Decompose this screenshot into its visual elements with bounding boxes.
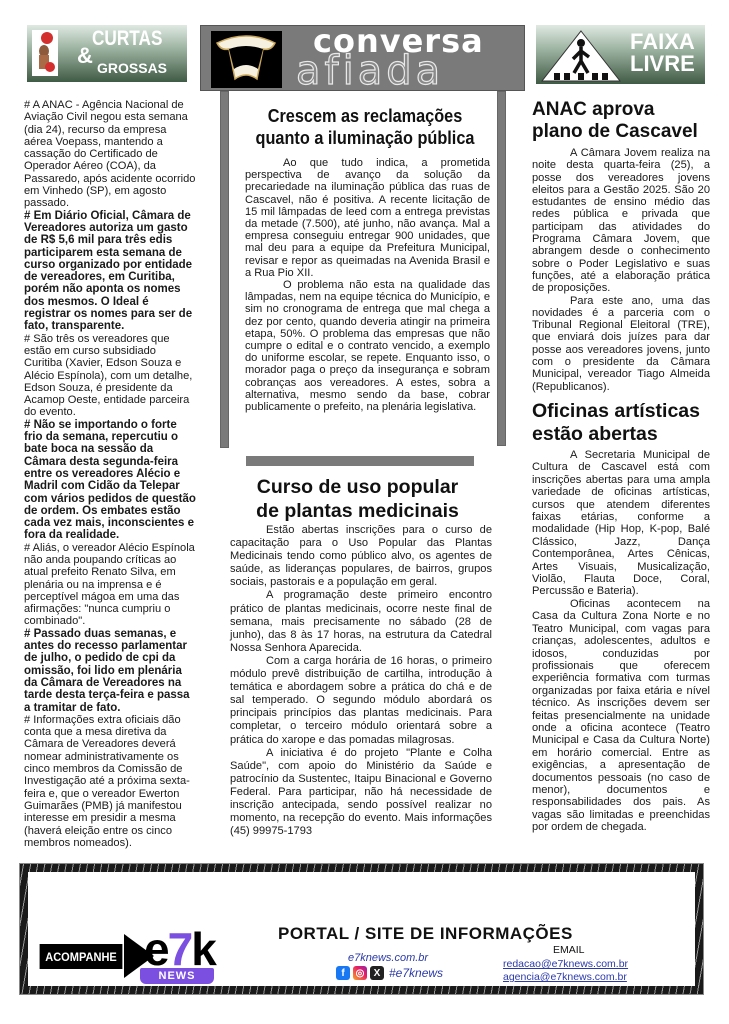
article-paragraph: A programação deste primeiro encontro pr…: [230, 589, 492, 654]
article-paragraph: A iniciativa é do projeto "Plante e Colh…: [230, 747, 492, 839]
article-paragraph: Oficinas acontecem na Casa da Cultura Zo…: [532, 598, 710, 834]
snake-fangs-icon: [211, 31, 282, 88]
logo-news-ribbon: NEWS: [140, 968, 214, 984]
ad-title: PORTAL / SITE DE INFORMAÇÕES: [278, 924, 573, 944]
article-headline-plantas: Curso de uso popular de plantas medicina…: [225, 475, 490, 523]
headline-line: plano de Cascavel: [532, 121, 717, 143]
banner-title: CURTAS: [92, 27, 162, 51]
note-item: # A ANAC - Agência Nacional de Aviação C…: [24, 99, 196, 210]
banner-subtitle: GROSSAS: [97, 60, 167, 76]
faixa-line2: LIVRE: [630, 53, 695, 75]
e7k-logo: e7k NEWS: [138, 932, 228, 990]
article-headline-iluminacao: Crescem as reclamações quanto a iluminaç…: [255, 105, 475, 149]
site-link[interactable]: e7knews.com.br: [348, 952, 428, 964]
conversa-afiada-sign: conversa afiada: [200, 25, 525, 91]
note-item: # Informações extra oficiais dão conta q…: [24, 714, 196, 849]
note-item: # Aliás, o vereador Alécio Espínola não …: [24, 542, 196, 628]
email-label: EMAIL: [553, 944, 585, 956]
social-links: f ◎ X #e7knews: [336, 966, 443, 980]
headline-line: Oficinas artísticas: [532, 400, 717, 423]
note-item: # Não se importando o forte frio da sema…: [24, 419, 196, 542]
article-headline-anac: ANAC aprova plano de Cascavel: [532, 99, 717, 143]
banner-ampersand: &: [77, 43, 93, 69]
headline-line: Curso de uso popular: [225, 475, 490, 499]
headline-line: estão abertas: [532, 423, 717, 446]
pedestrian-crossing-icon: [540, 29, 620, 81]
email-link-agencia[interactable]: agencia@e7knews.com.br: [503, 971, 627, 983]
faixa-line1: FAIXA: [630, 31, 695, 53]
article-paragraph: Com a carga horária de 16 horas, o prime…: [230, 655, 492, 747]
article-paragraph: A Câmara Jovem realiza na noite desta qu…: [532, 147, 710, 295]
social-hashtag: #e7knews: [389, 966, 443, 980]
note-item: # Passado duas semanas, e antes do reces…: [24, 628, 196, 714]
headline-line: ANAC aprova: [532, 99, 717, 121]
note-item: # São três os vereadores que estão em cu…: [24, 333, 196, 419]
headline-line: quanto a iluminação pública: [255, 127, 475, 149]
headline-line: Crescem as reclamações: [255, 105, 475, 127]
article-headline-oficinas: Oficinas artísticas estão abertas: [532, 400, 717, 446]
sign-word-afiada: afiada: [296, 48, 444, 94]
arrow-label: ACOMPANHE: [40, 944, 123, 969]
facebook-icon[interactable]: f: [336, 966, 350, 980]
article-body-oficinas: A Secretaria Municipal de Cultura de Cas…: [532, 449, 710, 834]
email-link-redacao[interactable]: redacao@e7knews.com.br: [503, 958, 628, 970]
article-body-iluminacao: Ao que tudo indica, a prometida perspect…: [245, 157, 490, 413]
article-paragraph: Estão abertas inscrições para o curso de…: [230, 524, 492, 589]
headline-line: de plantas medicinais: [225, 499, 490, 523]
boxer-icon: [32, 30, 58, 76]
e7k-news-ad: ACOMPANHE e7k NEWS PORTAL / SITE DE INFO…: [20, 864, 703, 994]
curtas-grossas-column: # A ANAC - Agência Nacional de Aviação C…: [24, 99, 196, 849]
article-paragraph: O problema não esta na qualidade das lâm…: [245, 279, 490, 413]
article-paragraph: Para este ano, uma das novidades é a par…: [532, 295, 710, 393]
article-body-plantas: Estão abertas inscrições para o curso de…: [230, 524, 492, 838]
article-body-anac: A Câmara Jovem realiza na noite desta qu…: [532, 147, 710, 393]
faixa-livre-banner: FAIXA LIVRE: [536, 25, 705, 84]
instagram-icon[interactable]: ◎: [353, 966, 367, 980]
sign-post-right: [497, 91, 506, 446]
faixa-livre-title: FAIXA LIVRE: [630, 31, 695, 75]
curtas-grossas-banner: & CURTAS GROSSAS: [27, 25, 187, 82]
article-paragraph: A Secretaria Municipal de Cultura de Cas…: [532, 449, 710, 598]
note-item: # Em Diário Oficial, Câmara de Vereadore…: [24, 210, 196, 333]
x-twitter-icon[interactable]: X: [370, 966, 384, 980]
sign-post-left: [220, 91, 229, 448]
article-paragraph: Ao que tudo indica, a prometida perspect…: [245, 157, 490, 279]
section-divider: [246, 456, 474, 466]
